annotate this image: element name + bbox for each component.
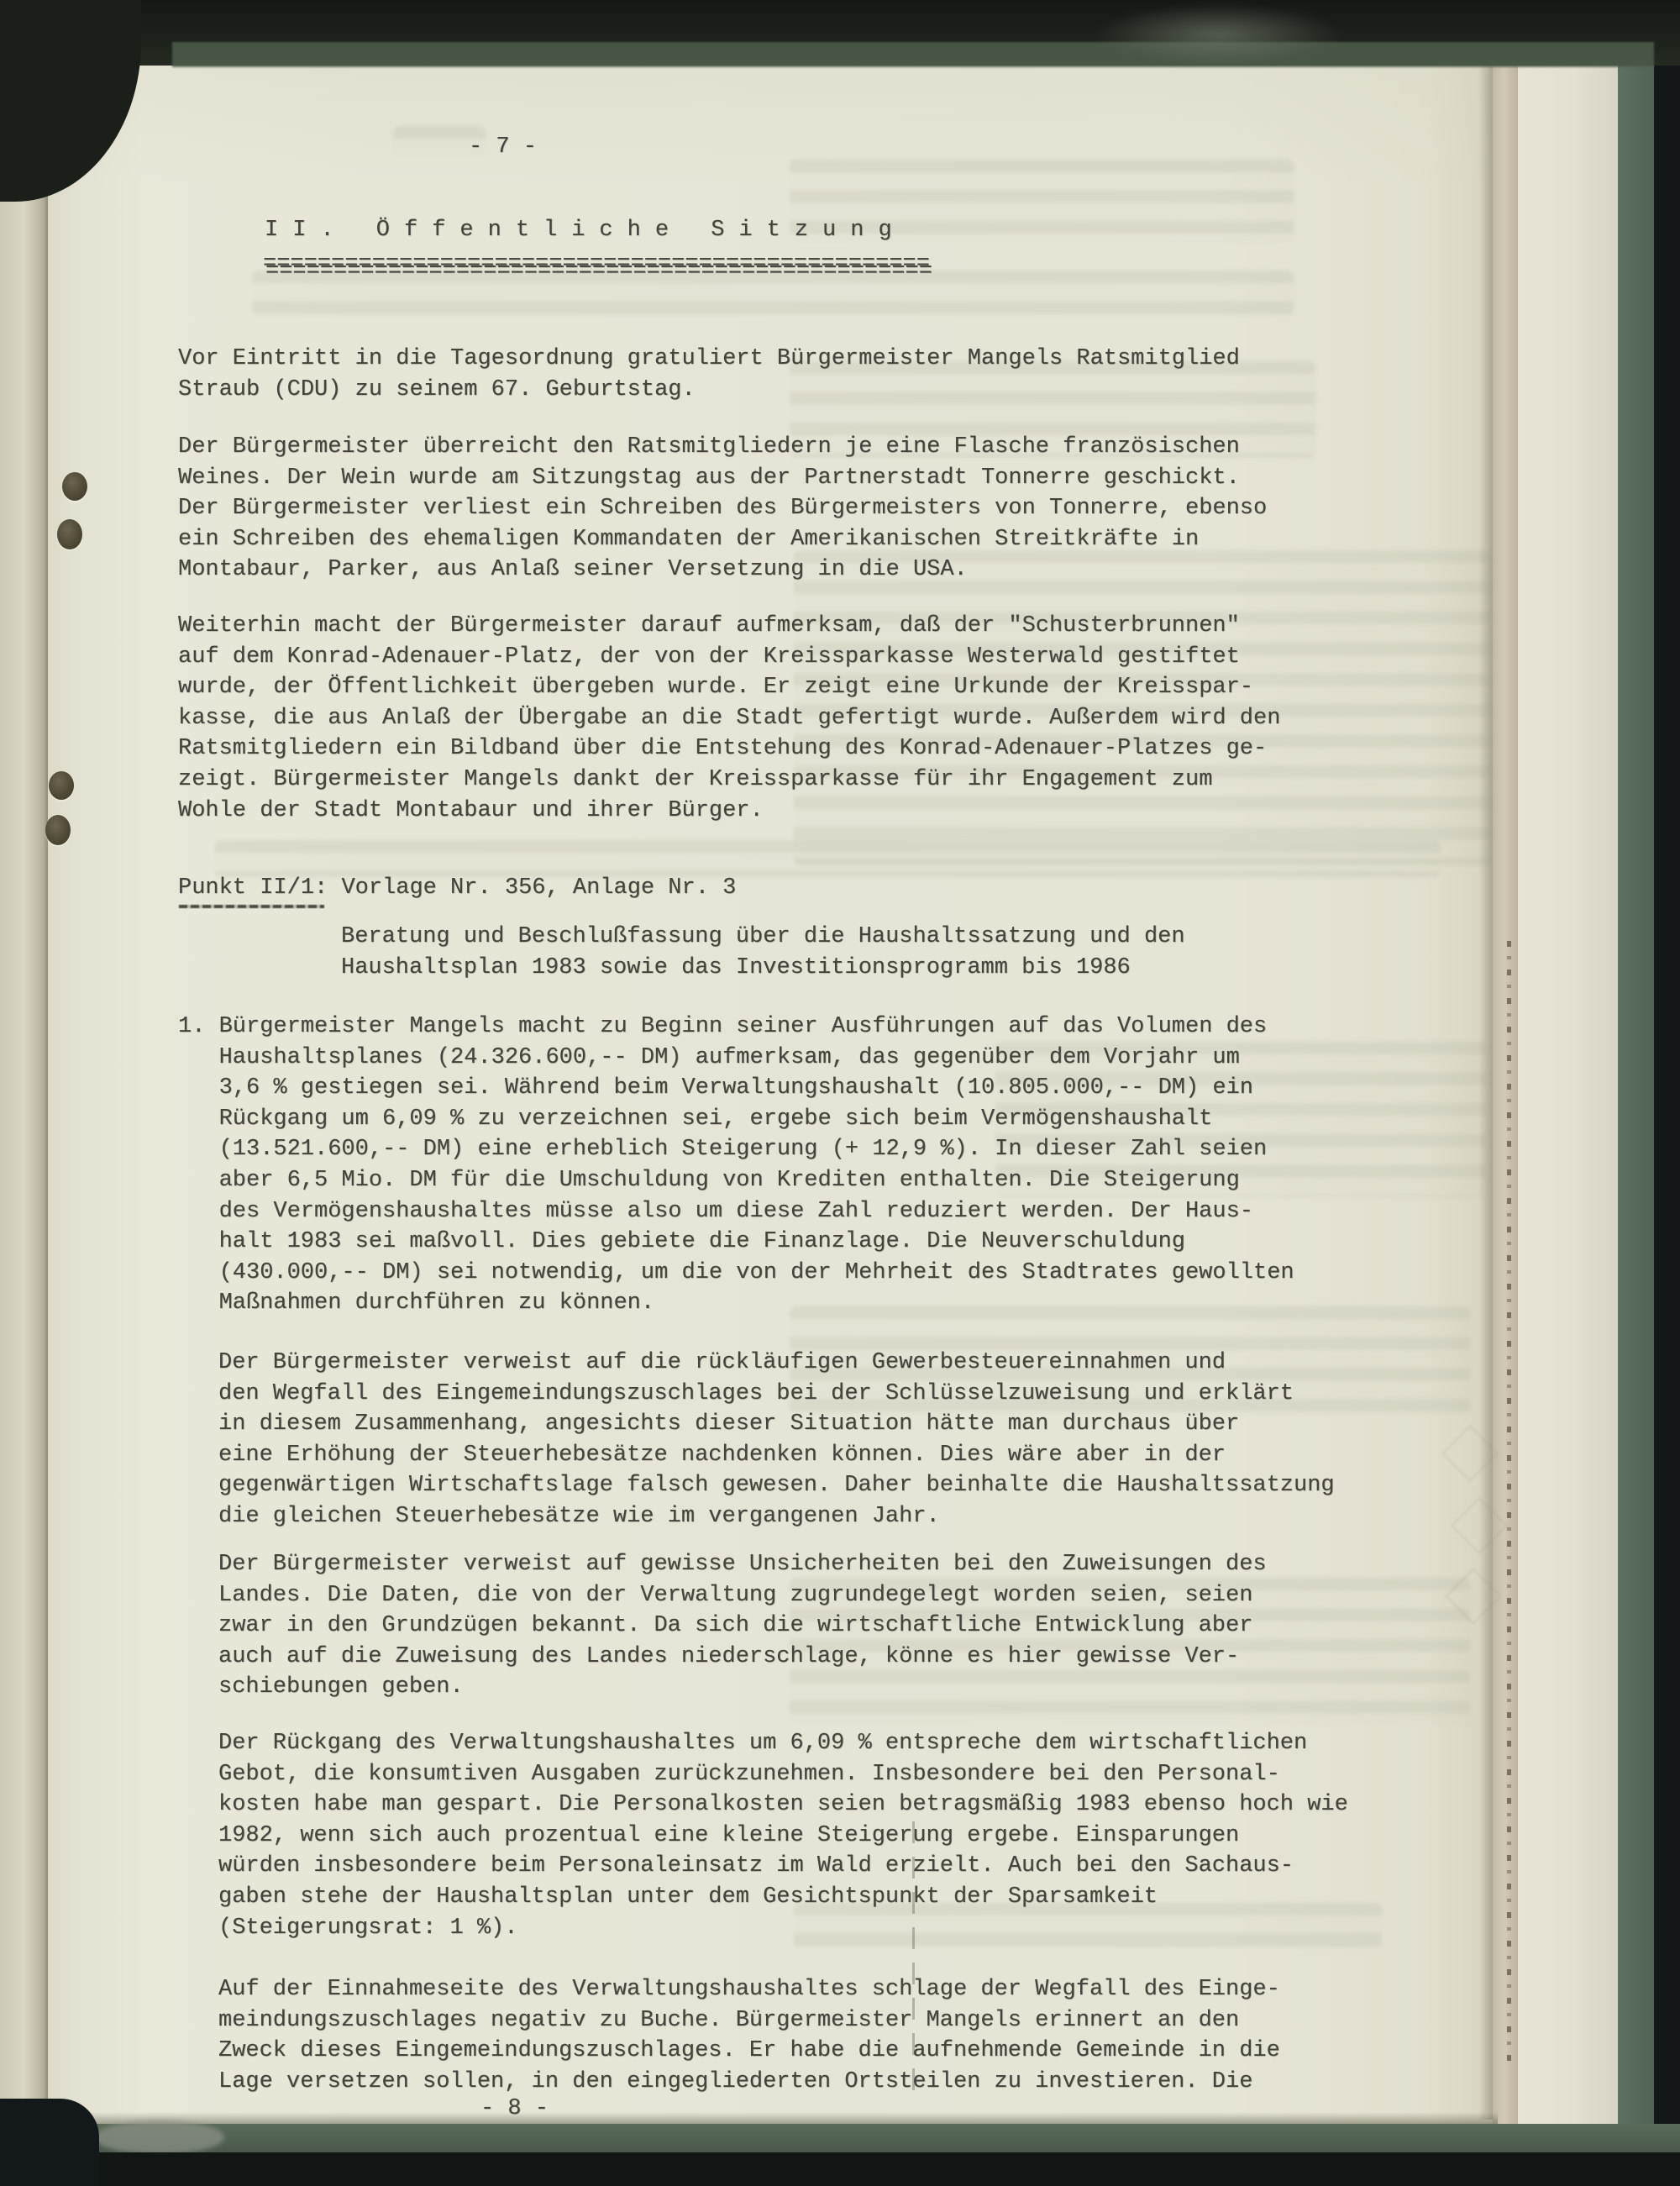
page-number-top: - 7 - (469, 132, 537, 163)
heading-underline: ========================================… (265, 260, 932, 283)
fore-edge-dotted-line (1507, 941, 1511, 2067)
punch-hole (62, 472, 87, 501)
label-gap (328, 875, 341, 901)
punch-hole (57, 519, 82, 549)
dark-background-bottom (0, 2152, 1680, 2186)
section-heading: II. Öffentliche Sitzung (265, 215, 906, 246)
page-stack-fore-edge (1493, 66, 1518, 2126)
previous-page-edge (0, 190, 48, 2115)
agenda-item-line: Punkt II/1: Vorlage Nr. 356, Anlage Nr. … (178, 873, 736, 904)
paragraph-wine: Der Bürgermeister überreicht den Ratsmit… (178, 432, 1267, 586)
top-grey-blotch (1092, 3, 1344, 67)
speech-paragraph-volume: 1. Bürgermeister Mangels macht zu Beginn… (178, 1012, 1294, 1319)
underlying-page-edge (1518, 66, 1618, 2131)
punch-hole (45, 815, 71, 845)
speech-paragraph-admin-budget: Der Rückgang des Verwaltungshaushaltes u… (218, 1728, 1348, 1943)
agenda-item-label: Punkt II/1: (178, 873, 328, 904)
cover-strip-top (172, 42, 1654, 67)
dark-corner-bottom-left (0, 2099, 99, 2186)
agenda-item-reference: Vorlage Nr. 356, Anlage Nr. 3 (341, 875, 736, 901)
speech-paragraph-state-allocations: Der Bürgermeister verweist auf gewisse U… (218, 1549, 1267, 1703)
paragraph-fountain: Weiterhin macht der Bürgermeister darauf… (178, 611, 1280, 826)
bleed-through-text (214, 840, 1441, 877)
bottom-grey-blotch (94, 2120, 224, 2154)
speech-paragraph-tax-income: Der Bürgermeister verweist auf die rückl… (218, 1348, 1335, 1532)
speech-paragraph-revenue-side: Auf der Einnahmeseite des Verwaltungshau… (218, 1974, 1280, 2097)
scanned-minutes-page: - 7 - II. Öffentliche Sitzung ==========… (0, 0, 1680, 2186)
dark-corner-top-left (0, 0, 141, 202)
book-cover-green-edge (1618, 66, 1654, 2149)
agenda-item-subject: Beratung und Beschlußfassung über die Ha… (341, 922, 1185, 983)
page-number-bottom: - 8 - (480, 2094, 549, 2125)
paragraph-greeting: Vor Eintritt in die Tagesordnung gratuli… (178, 344, 1240, 405)
dark-background-right (1654, 0, 1680, 2186)
punch-hole (49, 771, 74, 800)
